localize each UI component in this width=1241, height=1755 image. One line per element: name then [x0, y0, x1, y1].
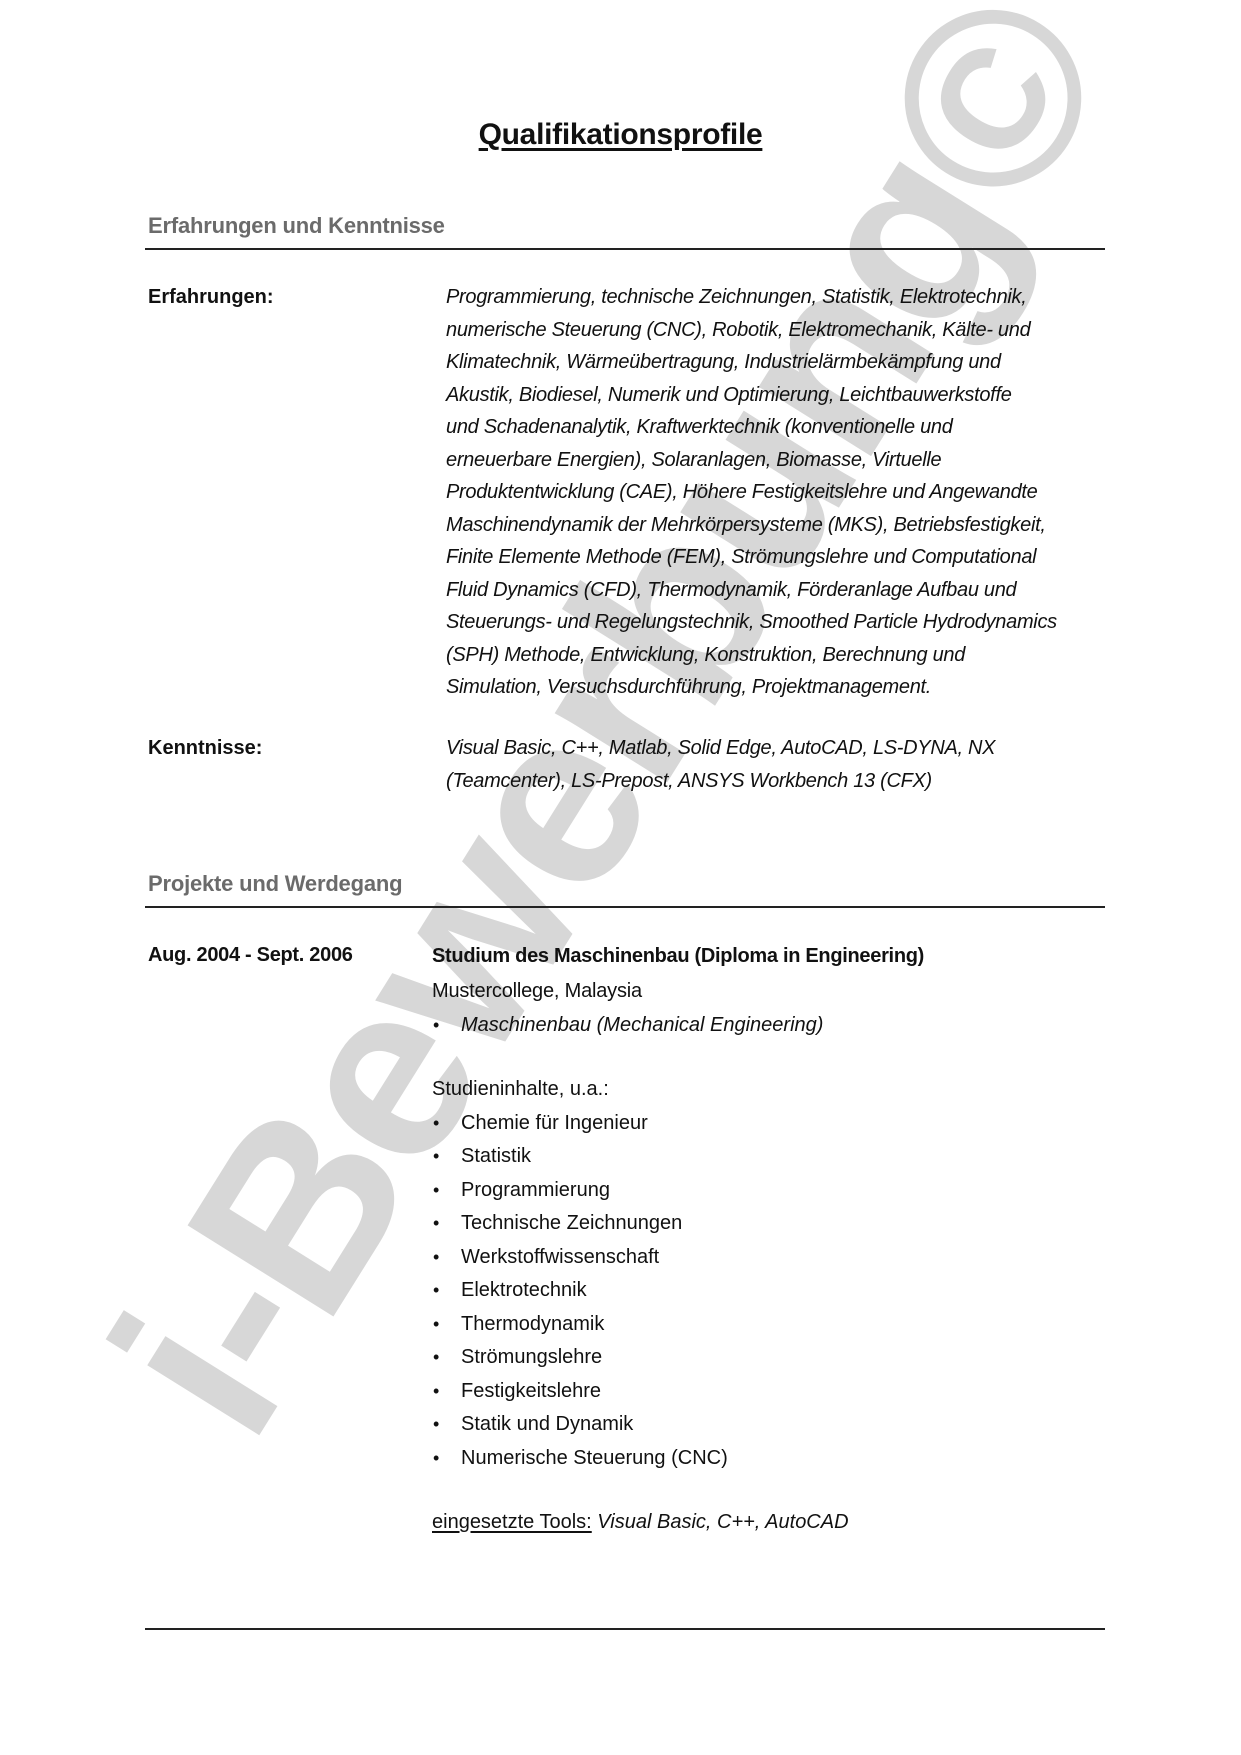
erfahrungen-text: Programmierung, technische Zeichnungen, … — [446, 281, 1106, 704]
entry-date: Aug. 2004 - Sept. 2006 — [148, 944, 353, 967]
tools-label: eingesetzte Tools: — [432, 1511, 592, 1533]
erfahrungen-label: Erfahrungen: — [148, 286, 274, 309]
major-list: •Maschinenbau (Mechanical Engineering) — [432, 1009, 1112, 1043]
list-item: •Maschinenbau (Mechanical Engineering) — [432, 1009, 1112, 1043]
list-item: •Programmierung — [432, 1174, 1112, 1208]
bullet-icon: • — [433, 1241, 439, 1275]
list-item: •Statistik — [432, 1140, 1112, 1174]
bullet-icon: • — [433, 1442, 439, 1476]
list-item: •Strömungslehre — [432, 1341, 1112, 1375]
list-item: •Festigkeitslehre — [432, 1375, 1112, 1409]
bullet-icon: • — [433, 1174, 439, 1208]
kenntnisse-text: Visual Basic, C++, Matlab, Solid Edge, A… — [446, 732, 1106, 797]
kenntnisse-label: Kenntnisse: — [148, 737, 262, 760]
entry-title: Studium des Maschinenbau (Diploma in Eng… — [432, 944, 1112, 968]
text-line: Klimatechnik, Wärmeübertragung, Industri… — [446, 346, 1106, 379]
text-line: Produktentwicklung (CAE), Höhere Festigk… — [446, 476, 1106, 509]
text-line: (Teamcenter), LS-Prepost, ANSYS Workbenc… — [446, 765, 1106, 798]
subjects-list: •Chemie für Ingenieur•Statistik•Programm… — [432, 1107, 1112, 1476]
text-line: Steuerungs- und Regelungstechnik, Smooth… — [446, 606, 1106, 639]
list-item-text: Elektrotechnik — [461, 1279, 587, 1301]
section-divider — [145, 906, 1105, 908]
list-item: •Chemie für Ingenieur — [432, 1107, 1112, 1141]
list-item-text: Strömungslehre — [461, 1346, 602, 1368]
text-line: Visual Basic, C++, Matlab, Solid Edge, A… — [446, 732, 1106, 765]
list-item-text: Numerische Steuerung (CNC) — [461, 1447, 728, 1469]
bullet-icon: • — [433, 1107, 439, 1141]
text-line: Maschinendynamik der Mehrkörpersysteme (… — [446, 509, 1106, 542]
list-item-text: Festigkeitslehre — [461, 1380, 601, 1402]
list-item: •Statik und Dynamik — [432, 1408, 1112, 1442]
list-item: •Elektrotechnik — [432, 1274, 1112, 1308]
list-item: •Technische Zeichnungen — [432, 1207, 1112, 1241]
list-item: •Numerische Steuerung (CNC) — [432, 1442, 1112, 1476]
bullet-icon: • — [433, 1009, 439, 1043]
list-item: •Thermodynamik — [432, 1308, 1112, 1342]
text-line: Simulation, Versuchsdurchführung, Projek… — [446, 671, 1106, 704]
text-line: Programmierung, technische Zeichnungen, … — [446, 281, 1106, 314]
bullet-icon: • — [433, 1408, 439, 1442]
list-item-text: Statistik — [461, 1145, 531, 1167]
bullet-icon: • — [433, 1341, 439, 1375]
footer-divider — [145, 1628, 1105, 1630]
section-heading-experience: Erfahrungen und Kenntnisse — [148, 213, 445, 239]
list-item-text: Chemie für Ingenieur — [461, 1112, 648, 1134]
text-line: Akustik, Biodiesel, Numerik und Optimier… — [446, 379, 1106, 412]
section-heading-projects: Projekte und Werdegang — [148, 871, 402, 897]
list-item-text: Werkstoffwissenschaft — [461, 1246, 659, 1268]
section-divider — [145, 248, 1105, 250]
text-line: numerische Steuerung (CNC), Robotik, Ele… — [446, 314, 1106, 347]
text-line: (SPH) Methode, Entwicklung, Konstruktion… — [446, 639, 1106, 672]
list-item-text: Statik und Dynamik — [461, 1413, 633, 1435]
bullet-icon: • — [433, 1375, 439, 1409]
text-line: erneuerbare Energien), Solaranlagen, Bio… — [446, 444, 1106, 477]
bullet-icon: • — [433, 1308, 439, 1342]
text-line: und Schadenanalytik, Kraftwerktechnik (k… — [446, 411, 1106, 444]
tools-line: eingesetzte Tools: Visual Basic, C++, Au… — [432, 1506, 1112, 1540]
education-entry: Studium des Maschinenbau (Diploma in Eng… — [432, 944, 1112, 1540]
list-item: •Werkstoffwissenschaft — [432, 1241, 1112, 1275]
list-item-text: Maschinenbau (Mechanical Engineering) — [461, 1014, 823, 1036]
document-page: Qualifikationsprofile Erfahrungen und Ke… — [0, 0, 1241, 1755]
list-item-text: Programmierung — [461, 1179, 610, 1201]
bullet-icon: • — [433, 1207, 439, 1241]
bullet-icon: • — [433, 1140, 439, 1174]
text-line: Fluid Dynamics (CFD), Thermodynamik, För… — [446, 574, 1106, 607]
entry-institution: Mustercollege, Malaysia — [432, 975, 1112, 1009]
subjects-label: Studieninhalte, u.a.: — [432, 1073, 1112, 1107]
document-title: Qualifikationsprofile — [0, 118, 1241, 152]
tools-value: Visual Basic, C++, AutoCAD — [592, 1511, 849, 1533]
list-item-text: Technische Zeichnungen — [461, 1212, 682, 1234]
bullet-icon: • — [433, 1274, 439, 1308]
list-item-text: Thermodynamik — [461, 1313, 604, 1335]
text-line: Finite Elemente Methode (FEM), Strömungs… — [446, 541, 1106, 574]
